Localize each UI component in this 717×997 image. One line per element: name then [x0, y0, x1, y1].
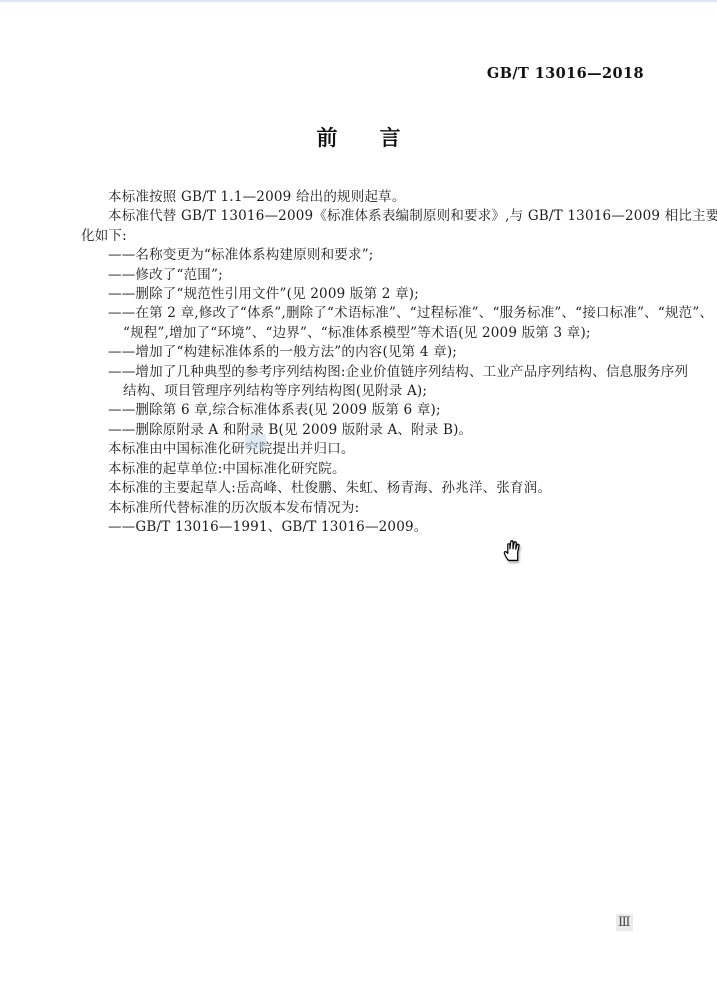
- text-line: ——删除第 6 章,综合标准体系表(见 2009 版第 6 章);: [81, 401, 647, 420]
- text-line: 化如下:: [81, 227, 647, 246]
- text-line: ——GB/T 13016—1991、GB/T 13016—2009。: [81, 518, 647, 537]
- text-line: 本标准由中国标准化研究院提出并归口。: [81, 440, 647, 459]
- text-line: ——名称变更为“标准体系构建原则和要求”;: [81, 246, 647, 265]
- text-line: 本标准按照 GB/T 1.1—2009 给出的规则起草。: [81, 188, 647, 207]
- text-line: “规程”,增加了“环境”、“边界”、“标准体系模型”等术语(见 2009 版第 …: [81, 324, 647, 343]
- text-line: ——删除了“规范性引用文件”(见 2009 版第 2 章);: [81, 285, 647, 304]
- foreword-body: 本标准按照 GB/T 1.1—2009 给出的规则起草。 本标准代替 GB/T …: [81, 188, 647, 537]
- page-title: 前 言: [0, 122, 717, 152]
- hand-grab-cursor-icon: [501, 536, 525, 562]
- text-line: 结构、项目管理序列结构等序列结构图(见附录 A);: [81, 382, 647, 401]
- text-line: 本标准所代替标准的历次版本发布情况为:: [81, 499, 647, 518]
- standard-code: GB/T 13016—2018: [487, 65, 644, 82]
- text-line: ——增加了几种典型的参考序列结构图:企业价值链序列结构、工业产品序列结构、信息服…: [81, 363, 647, 382]
- page-number: Ⅲ: [616, 914, 633, 931]
- text-line: ——修改了“范围”;: [81, 266, 647, 285]
- text-line: ——在第 2 章,修改了“体系”,删除了“术语标准”、“过程标准”、“服务标准”…: [81, 304, 647, 323]
- text-line: 本标准的起草单位:中国标准化研究院。: [81, 460, 647, 479]
- top-edge-divider: [0, 0, 717, 2]
- text-line: ——删除原附录 A 和附录 B(见 2009 版附录 A、附录 B)。: [81, 421, 647, 440]
- text-line: 本标准的主要起草人:岳高峰、杜俊鹏、朱虹、杨青海、孙兆洋、张育润。: [81, 479, 647, 498]
- text-line: ——增加了“构建标准体系的一般方法”的内容(见第 4 章);: [81, 343, 647, 362]
- text-line: 本标准代替 GB/T 13016—2009《标准体系表编制原则和要求》,与 GB…: [81, 207, 647, 226]
